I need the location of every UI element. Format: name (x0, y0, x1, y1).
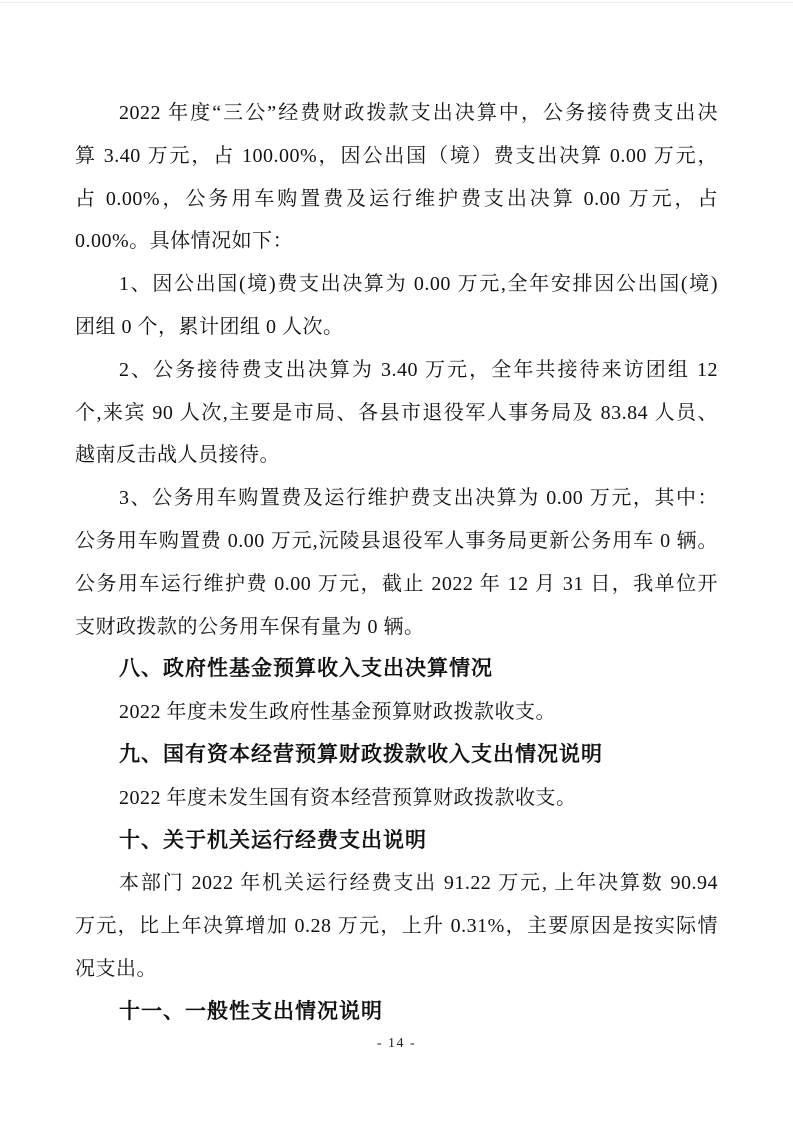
section-heading-11-general-expense: 十一、一般性支出情况说明 (75, 991, 718, 1034)
heading-text: 八、政府性基金预算收入支出决算情况 (75, 648, 718, 691)
paragraph-section-10-body: 本部门 2022 年机关运行经费支出 91.22 万元, 上年决算数 90.94… (75, 862, 718, 990)
text-line: 本部门 2022 年机关运行经费支出 91.22 万元, 上年决算数 90.94 (75, 862, 718, 905)
text-line: 1、因公出国(境)费支出决算为 0.00 万元,全年安排因公出国(境) (75, 263, 718, 306)
text-line: 2022 年度未发生政府性基金预算财政拨款收支。 (75, 691, 718, 734)
document-body: 2022 年度“三公”经费财政拨款支出决算中，公务接待费支出决 算 3.40 万… (75, 92, 718, 1034)
text-line: 公务用车运行维护费 0.00 万元，截止 2022 年 12 月 31 日，我单… (75, 563, 718, 606)
text-line: 公务用车购置费 0.00 万元,沅陵县退役军人事务局更新公务用车 0 辆。 (75, 520, 718, 563)
heading-text: 十一、一般性支出情况说明 (75, 991, 718, 1034)
text-line: 3、公务用车购置费及运行维护费支出决算为 0.00 万元，其中： (75, 477, 718, 520)
text-line: 2022 年度未发生国有资本经营预算财政拨款收支。 (75, 777, 718, 820)
text-line: 个,来宾 90 人次,主要是市局、各县市退役军人事务局及 83.84 人员、 (75, 392, 718, 435)
section-heading-10-operating-expense: 十、关于机关运行经费支出说明 (75, 820, 718, 863)
text-line: 算 3.40 万元，占 100.00%，因公出国（境）费支出决算 0.00 万元… (75, 135, 718, 178)
paragraph-item-3-vehicle-expense: 3、公务用车购置费及运行维护费支出决算为 0.00 万元，其中： 公务用车购置费… (75, 477, 718, 648)
paragraph-section-8-body: 2022 年度未发生政府性基金预算财政拨款收支。 (75, 691, 718, 734)
text-line: 越南反击战人员接待。 (75, 434, 718, 477)
heading-text: 十、关于机关运行经费支出说明 (75, 820, 718, 863)
paragraph-section-9-body: 2022 年度未发生国有资本经营预算财政拨款收支。 (75, 777, 718, 820)
section-heading-9-state-capital: 九、国有资本经营预算财政拨款收入支出情况说明 (75, 734, 718, 777)
text-line: 团组 0 个，累计团组 0 人次。 (75, 306, 718, 349)
paragraph-item-2-reception-expense: 2、公务接待费支出决算为 3.40 万元，全年共接待来访团组 12 个,来宾 9… (75, 349, 718, 477)
text-line: 0.00%。具体情况如下： (75, 220, 718, 263)
paragraph-item-1-abroad-expense: 1、因公出国(境)费支出决算为 0.00 万元,全年安排因公出国(境) 团组 0… (75, 263, 718, 349)
text-line: 2022 年度“三公”经费财政拨款支出决算中，公务接待费支出决 (75, 92, 718, 135)
text-line: 况支出。 (75, 948, 718, 991)
paragraph-sangong-summary: 2022 年度“三公”经费财政拨款支出决算中，公务接待费支出决 算 3.40 万… (75, 92, 718, 263)
text-line: 万元，比上年决算增加 0.28 万元，上升 0.31%，主要原因是按实际情 (75, 905, 718, 948)
page-number: - 14 - (0, 1036, 793, 1052)
document-page: 2022 年度“三公”经费财政拨款支出决算中，公务接待费支出决 算 3.40 万… (0, 0, 793, 1122)
section-heading-8-government-funds: 八、政府性基金预算收入支出决算情况 (75, 648, 718, 691)
text-line: 占 0.00%，公务用车购置费及运行维护费支出决算 0.00 万元，占 (75, 178, 718, 221)
heading-text: 九、国有资本经营预算财政拨款收入支出情况说明 (75, 734, 718, 777)
text-line: 2、公务接待费支出决算为 3.40 万元，全年共接待来访团组 12 (75, 349, 718, 392)
text-line: 支财政拨款的公务用车保有量为 0 辆。 (75, 606, 718, 649)
